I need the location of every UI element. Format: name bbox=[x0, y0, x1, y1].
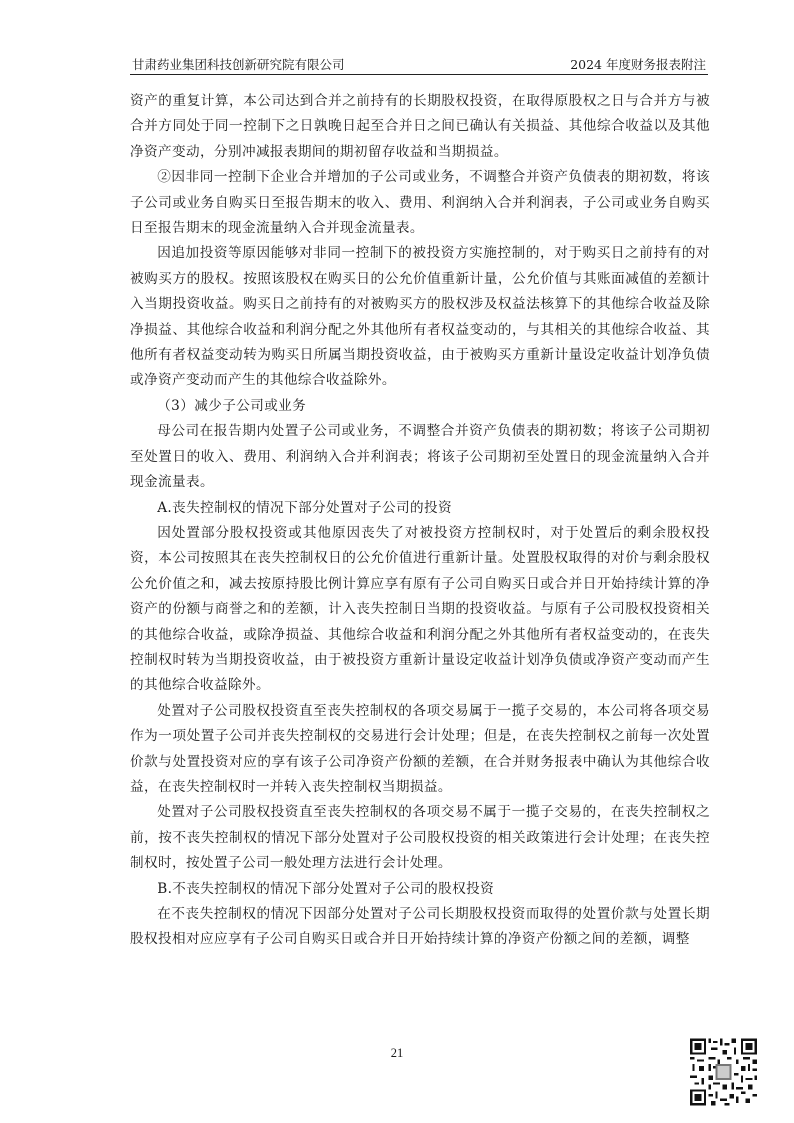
document-body: 资产的重复计算，本公司达到合并之前持有的长期股权投资，在取得原股权之日与合并方与… bbox=[130, 89, 710, 953]
header-report-title: 2024 年度财务报表附注 bbox=[570, 55, 706, 73]
page-number: 21 bbox=[0, 1046, 794, 1061]
paragraph: 资产的重复计算，本公司达到合并之前持有的长期股权投资，在取得原股权之日与合并方与… bbox=[130, 89, 710, 165]
paragraph: 母公司在报告期内处置子公司或业务，不调整合并资产负债表的期初数；将该子公司期初至… bbox=[130, 419, 710, 495]
paragraph: 因追加投资等原因能够对非同一控制下的被投资方实施控制的，对于购买日之前持有的对被… bbox=[130, 241, 710, 393]
subsection-heading: B.不丧失控制权的情况下部分处置对子公司的股权投资 bbox=[130, 877, 710, 902]
qr-code-icon bbox=[690, 1037, 757, 1107]
paragraph: 在不丧失控制权的情况下因部分处置对子公司长期股权投资而取得的处置价款与处置长期股… bbox=[130, 902, 710, 953]
section-heading: （3）减少子公司或业务 bbox=[130, 394, 710, 419]
page-header: 甘肃药业集团科技创新研究院有限公司 2024 年度财务报表附注 bbox=[130, 52, 708, 75]
paragraph: 处置对子公司股权投资直至丧失控制权的各项交易属于一揽子交易的，本公司将各项交易作… bbox=[130, 699, 710, 801]
paragraph: 因处置部分股权投资或其他原因丧失了对被投资方控制权时，对于处置后的剩余股权投资，… bbox=[130, 521, 710, 699]
paragraph: ②因非同一控制下企业合并增加的子公司或业务，不调整合并资产负债表的期初数，将该子… bbox=[130, 165, 710, 241]
subsection-heading: A.丧失控制权的情况下部分处置对子公司的投资 bbox=[130, 496, 710, 521]
paragraph: 处置对子公司股权投资直至丧失控制权的各项交易不属于一揽子交易的，在丧失控制权之前… bbox=[130, 800, 710, 876]
header-company-name: 甘肃药业集团科技创新研究院有限公司 bbox=[132, 55, 345, 73]
